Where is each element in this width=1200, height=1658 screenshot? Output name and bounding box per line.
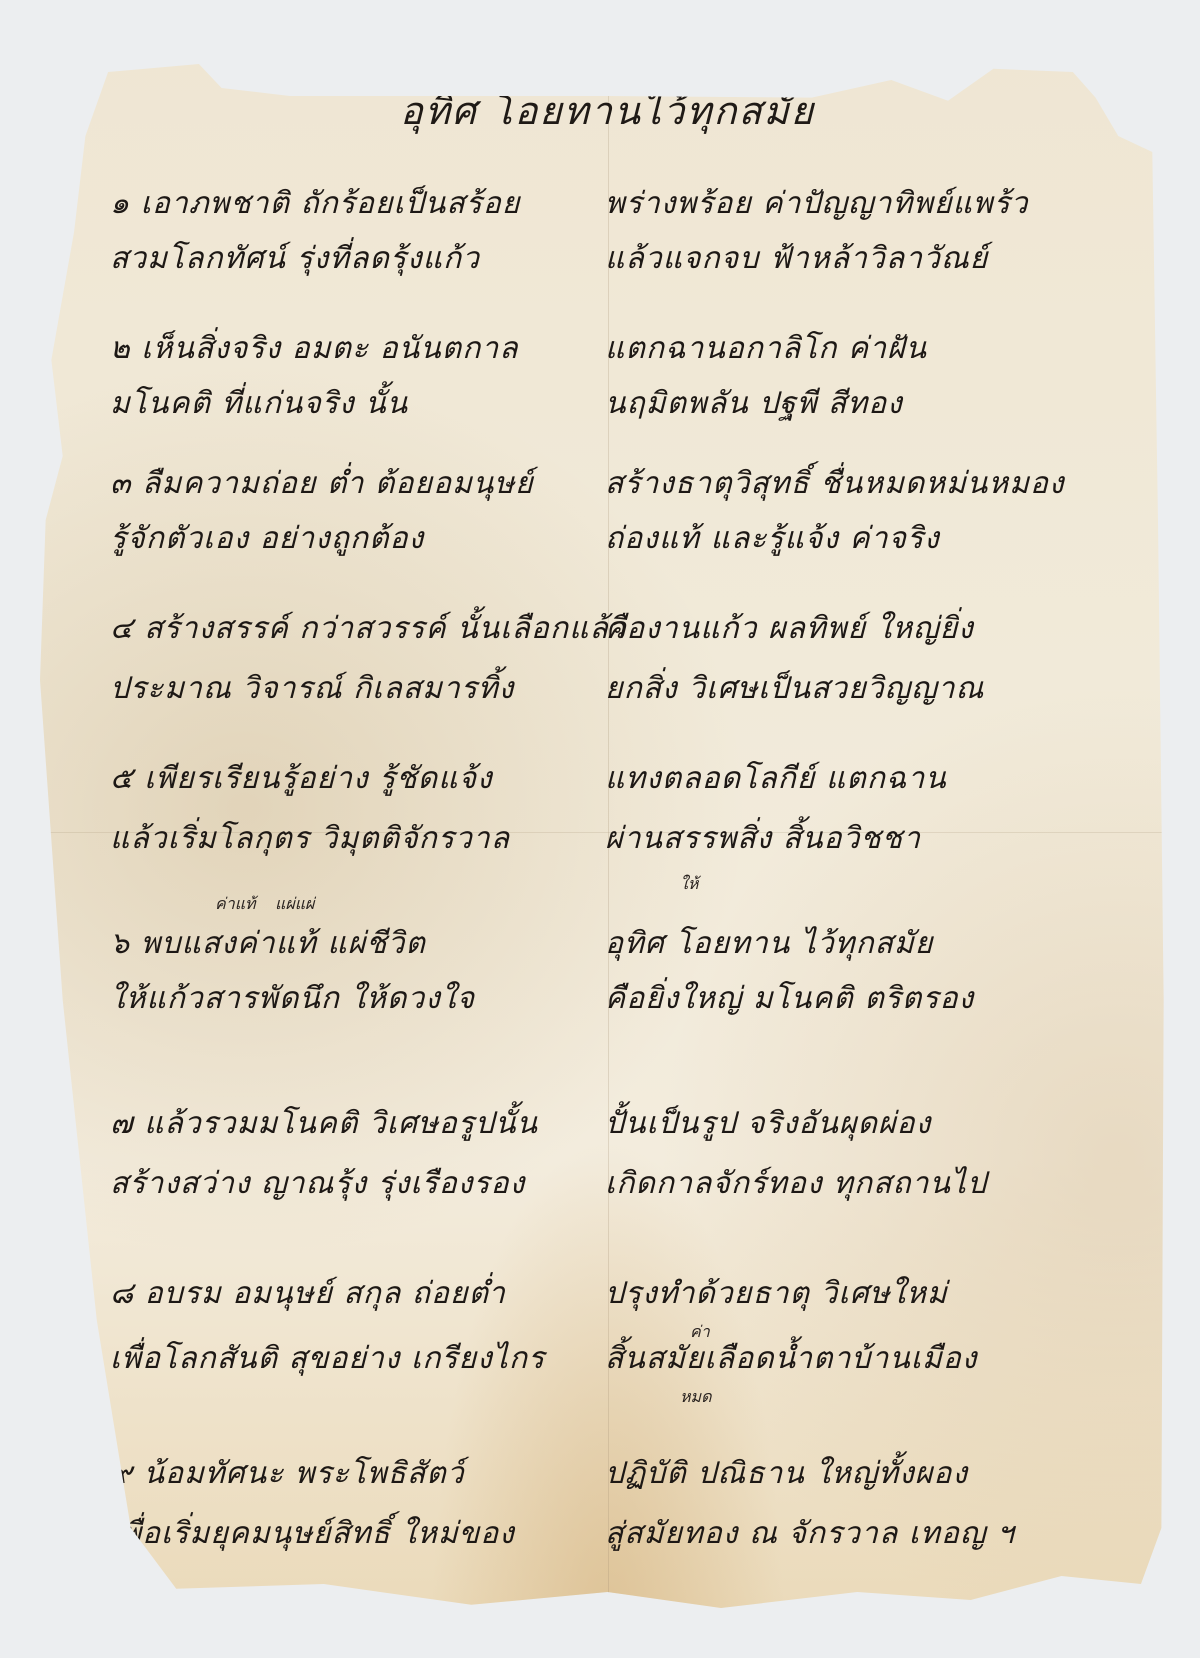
stanza-9-line-4: สู่สมัยทอง ณ จักรวาล เทอญ ฯ — [605, 1510, 1015, 1557]
stanza-2-line-3: แตกฉานอกาลิโก ค่าฝัน — [605, 325, 927, 372]
stanza-7-line-2: สร้างสว่าง ญาณรุ้ง รุ่งเรืองรอง — [110, 1160, 525, 1207]
stanza-6-annotation-1: ค่าแท้ — [215, 892, 256, 917]
stanza-6-line-1: ๖ พบแสงค่าแท้ แผ่ชีวิต — [110, 920, 426, 967]
stanza-3-line-2: รู้จักตัวเอง อย่างถูกต้อง — [110, 515, 424, 562]
stanza-1-line-1: ๑ เอาภพชาติ ถักร้อยเป็นสร้อย — [110, 180, 520, 227]
stanza-2-line-2: มโนคติ ที่แก่นจริง นั้น — [110, 380, 408, 427]
stanza-8-line-4: สิ้นสมัยเลือดน้ำตาบ้านเมือง — [605, 1335, 977, 1382]
stanza-5-line-3: แทงตลอดโลกีย์ แตกฉาน — [605, 755, 947, 802]
stanza-6-line-4: คือยิ่งใหญ่ มโนคติ ตริตรอง — [605, 975, 974, 1022]
stanza-6-annotation-2: แผ่แผ่ — [275, 892, 314, 917]
stanza-8-annotation-2: หมด — [680, 1385, 711, 1410]
stanza-6-line-3: อุทิศ โอยทาน ไว้ทุกสมัย — [605, 920, 933, 967]
stanza-8-line-3: ปรุงทำด้วยธาตุ วิเศษใหม่ — [605, 1270, 948, 1317]
manuscript-page: อุทิศ โอยทานไว้ทุกสมัย ๑ เอาภพชาติ ถักร้… — [40, 40, 1175, 1640]
stanza-5-line-1: ๕ เพียรเรียนรู้อย่าง รู้ชัดแจ้ง — [110, 755, 493, 802]
poem-title: อุทิศ โอยทานไว้ทุกสมัย — [40, 80, 1175, 141]
stanza-3-line-4: ถ่องแท้ และรู้แจ้ง ค่าจริง — [605, 515, 940, 562]
stanza-9-line-3: ปฏิบัติ ปณิธาน ใหญ่ทั้งผอง — [605, 1450, 968, 1497]
stanza-7-line-1: ๗ แล้วรวมมโนคติ วิเศษอรูปนั้น — [110, 1100, 538, 1147]
stanza-5-line-2: แล้วเริ่มโลกุตร วิมุตติจักรวาล — [110, 815, 510, 862]
stanza-3-line-3: สร้างธาตุวิสุทธิ์ ชื่นหมดหม่นหมอง — [605, 460, 1065, 507]
stanza-4-line-3: คืองานแก้ว ผลทิพย์ ใหญ่ยิ่ง — [605, 605, 974, 652]
stanza-8-line-1: ๘ อบรม อมนุษย์ สกุล ถ่อยต่ำ — [110, 1270, 506, 1317]
stanza-4-line-4: ยกสิ่ง วิเศษเป็นสวยวิญญาณ — [605, 665, 984, 712]
stanza-7-line-4: เกิดกาลจักร์ทอง ทุกสถานไป — [605, 1160, 987, 1207]
stanza-5-line-4: ผ่านสรรพสิ่ง สิ้นอวิชชา — [605, 815, 921, 862]
stanza-6-annotation-3: ให้ — [680, 872, 698, 897]
stanza-1-line-4: แล้วแจกจบ ฟ้าหล้าวิลาวัณย์ — [605, 235, 988, 282]
stanza-4-line-1: ๔ สร้างสรรค์ กว่าสวรรค์ นั้นเลือกแล้ว — [110, 605, 627, 652]
stanza-7-line-3: ปั้นเป็นรูป จริงอันผุดผ่อง — [605, 1100, 931, 1147]
stanza-1-line-3: พร่างพร้อย ค่าปัญญาทิพย์แพร้ว — [605, 180, 1029, 227]
stanza-1-line-2: สวมโลกทัศน์ รุ่งที่ลดรุ้งแก้ว — [110, 235, 480, 282]
stanza-9-line-1: ๙ น้อมทัศนะ พระโพธิสัตว์ — [110, 1450, 465, 1497]
stanza-9-line-2: เพื่อเริ่มยุคมนุษย์สิทธิ์ ใหม่ของ — [110, 1510, 515, 1557]
stanza-6-line-2: ให้แก้วสารพัดนึก ให้ดวงใจ — [110, 975, 475, 1022]
stanza-2-line-4: นฤมิตพลัน ปฐพี สีทอง — [605, 380, 903, 427]
stanza-8-line-2: เพื่อโลกสันติ สุขอย่าง เกรียงไกร — [110, 1335, 545, 1382]
stanza-4-line-2: ประมาณ วิจารณ์ กิเลสมารทิ้ง — [110, 665, 514, 712]
stanza-3-line-1: ๓ ลืมความถ่อย ต่ำ ต้อยอมนุษย์ — [110, 460, 534, 507]
stanza-2-line-1: ๒ เห็นสิ่งจริง อมตะ อนันตกาล — [110, 325, 519, 372]
